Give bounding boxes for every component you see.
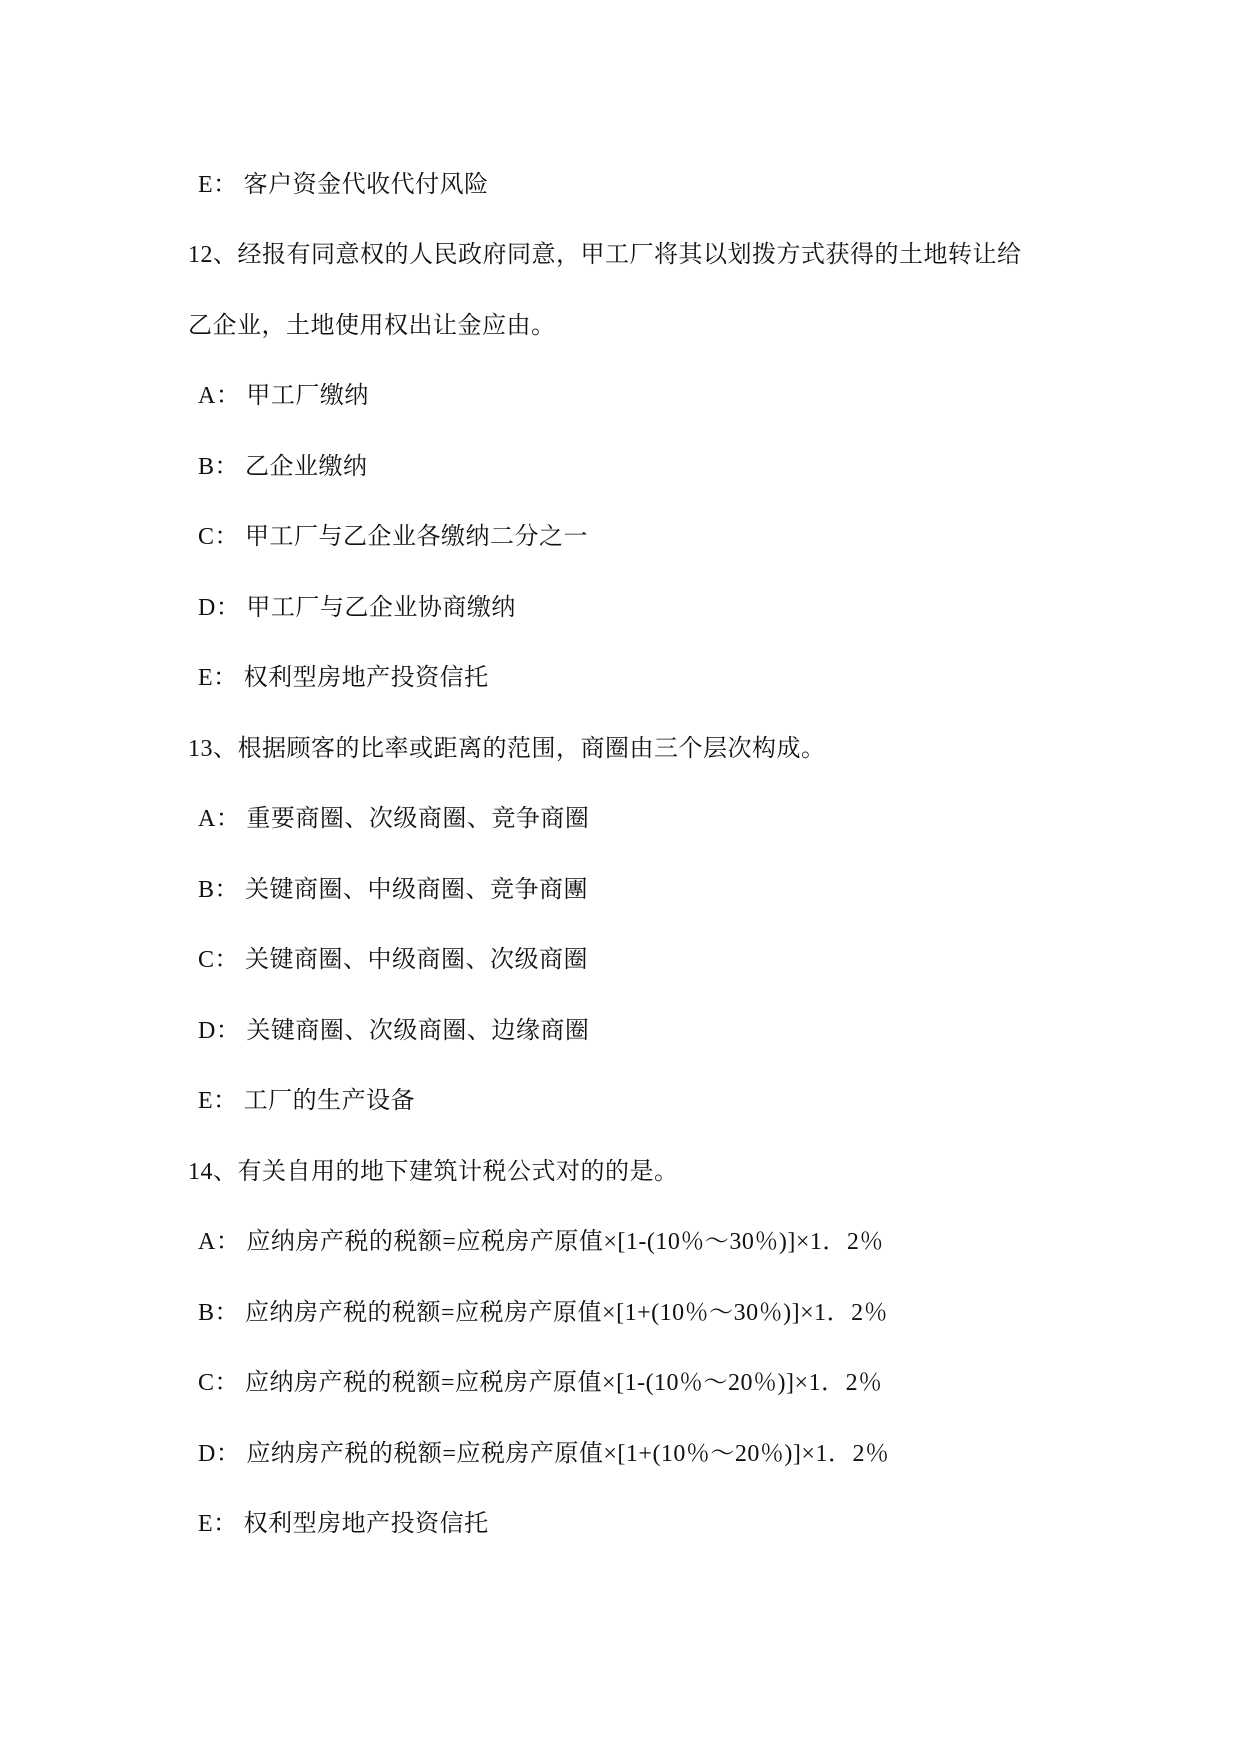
option-text: 重要商圈、次级商圈、竞争商圈: [246, 806, 589, 832]
question-text: 有关自用的地下建筑计税公式对的的是。: [238, 1159, 679, 1185]
question-text: 乙企业，土地使用权出让金应由。: [188, 313, 556, 339]
option-13-c: C：关键商圈、中级商圈、次级商圈: [198, 945, 588, 975]
option-label: E：: [198, 172, 238, 198]
option-14-d: D：应纳房产税的税额=应税房产原值×[1+(10％～20％)]×1．2％: [198, 1439, 889, 1469]
option-text: 权利型房地产投资信托: [244, 665, 489, 691]
option-text: 甲工厂与乙企业协商缴纳: [246, 595, 516, 621]
option-14-e: E：权利型房地产投资信托: [198, 1509, 489, 1539]
option-text: 应纳房产税的税额=应税房产原值×[1-(10％～20％)]×1．2％: [245, 1370, 883, 1396]
option-12-d: D：甲工厂与乙企业协商缴纳: [198, 593, 516, 623]
question-number: 14、: [188, 1159, 238, 1185]
question-text: 根据顾客的比率或距离的范围，商圈由三个层次构成。: [238, 736, 826, 762]
option-text: 关键商圈、中级商圈、竞争商團: [245, 877, 588, 903]
option-text: 应纳房产税的税额=应税房产原值×[1+(10％～20％)]×1．2％: [246, 1441, 889, 1467]
question-14: 14、有关自用的地下建筑计税公式对的的是。: [188, 1157, 679, 1187]
option-13-a: A：重要商圈、次级商圈、竞争商圈: [198, 804, 589, 834]
option-13-d: D：关键商圈、次级商圈、边缘商圈: [198, 1016, 589, 1046]
option-13-b: B：关键商圈、中级商圈、竞争商團: [198, 875, 588, 905]
option-label: C：: [198, 947, 239, 973]
question-number: 12、: [188, 242, 238, 268]
option-14-a: A：应纳房产税的税额=应税房产原值×[1-(10％～30％)]×1．2％: [198, 1227, 884, 1257]
option-label: B：: [198, 1300, 239, 1326]
option-label: D：: [198, 595, 240, 621]
option-text: 甲工厂缴纳: [246, 383, 369, 409]
option-14-b: B：应纳房产税的税额=应税房产原值×[1+(10％～30％)]×1．2％: [198, 1298, 888, 1328]
question-12-continuation: 乙企业，土地使用权出让金应由。: [188, 311, 556, 341]
option-12-b: B：乙企业缴纳: [198, 452, 368, 482]
option-13-e: E：工厂的生产设备: [198, 1086, 415, 1116]
option-text: 应纳房产税的税额=应税房产原值×[1+(10％～30％)]×1．2％: [245, 1300, 888, 1326]
option-label: A：: [198, 1229, 240, 1255]
option-text: 甲工厂与乙企业各缴纳二分之一: [245, 524, 588, 550]
option-12-e: E：权利型房地产投资信托: [198, 663, 489, 693]
option-text: 工厂的生产设备: [244, 1088, 416, 1114]
option-text: 客户资金代收代付风险: [244, 172, 489, 198]
option-label: B：: [198, 877, 239, 903]
question-number: 13、: [188, 736, 238, 762]
option-label: D：: [198, 1441, 240, 1467]
option-label: D：: [198, 1018, 240, 1044]
option-11-e: E：客户资金代收代付风险: [198, 170, 489, 200]
option-14-c: C：应纳房产税的税额=应税房产原值×[1-(10％～20％)]×1．2％: [198, 1368, 883, 1398]
question-13: 13、根据顾客的比率或距离的范围，商圈由三个层次构成。: [188, 734, 826, 764]
option-text: 关键商圈、次级商圈、边缘商圈: [246, 1018, 589, 1044]
option-text: 应纳房产税的税额=应税房产原值×[1-(10％～30％)]×1．2％: [246, 1229, 884, 1255]
option-text: 权利型房地产投资信托: [244, 1511, 489, 1537]
document-page: E：客户资金代收代付风险 12、经报有同意权的人民政府同意，甲工厂将其以划拨方式…: [0, 0, 1240, 1753]
option-label: B：: [198, 454, 239, 480]
option-label: C：: [198, 1370, 239, 1396]
option-label: C：: [198, 524, 239, 550]
option-label: E：: [198, 665, 238, 691]
option-label: E：: [198, 1511, 238, 1537]
question-12: 12、经报有同意权的人民政府同意，甲工厂将其以划拨方式获得的土地转让给: [188, 240, 1022, 270]
option-text: 关键商圈、中级商圈、次级商圈: [245, 947, 588, 973]
option-12-a: A：甲工厂缴纳: [198, 381, 369, 411]
question-text: 经报有同意权的人民政府同意，甲工厂将其以划拨方式获得的土地转让给: [238, 242, 1022, 268]
option-text: 乙企业缴纳: [245, 454, 368, 480]
option-12-c: C：甲工厂与乙企业各缴纳二分之一: [198, 522, 588, 552]
option-label: E：: [198, 1088, 238, 1114]
option-label: A：: [198, 383, 240, 409]
option-label: A：: [198, 806, 240, 832]
